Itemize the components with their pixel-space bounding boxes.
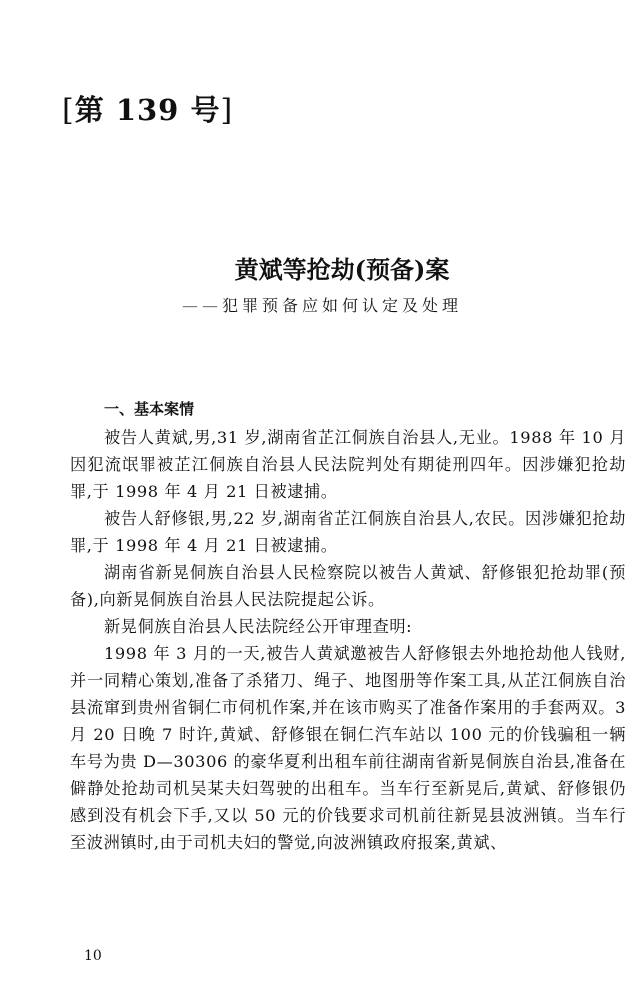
paragraph: 1998 年 3 月的一天,被告人黄斌邀被告人舒修银去外地抢劫他人钱财,并一同精…: [70, 640, 626, 856]
section-heading: 一、基本案情: [104, 398, 194, 419]
paragraph: 新晃侗族自治县人民法院经公开审理查明:: [70, 613, 626, 640]
section-body: 被告人黄斌,男,31 岁,湖南省芷江侗族自治县人,无业。1988 年 10 月因…: [70, 424, 626, 856]
paragraph: 被告人舒修银,男,22 岁,湖南省芷江侗族自治县人,农民。因涉嫌犯抢劫罪,于 1…: [70, 505, 626, 559]
close-bracket: ]: [220, 93, 233, 128]
case-number-label: 第 139 号: [75, 93, 221, 127]
paragraph: 湖南省新晃侗族自治县人民检察院以被告人黄斌、舒修银犯抢劫罪(预备),向新晃侗族自…: [70, 559, 626, 613]
page-number: 10: [84, 948, 102, 964]
case-number: [第 139 号]: [62, 88, 233, 129]
open-bracket: [: [62, 93, 75, 128]
paragraph: 被告人黄斌,男,31 岁,湖南省芷江侗族自治县人,无业。1988 年 10 月因…: [70, 424, 626, 505]
case-title: 黄斌等抢劫(预备)案: [0, 250, 644, 285]
case-subtitle: ——犯罪预备应如何认定及处理: [182, 293, 462, 316]
